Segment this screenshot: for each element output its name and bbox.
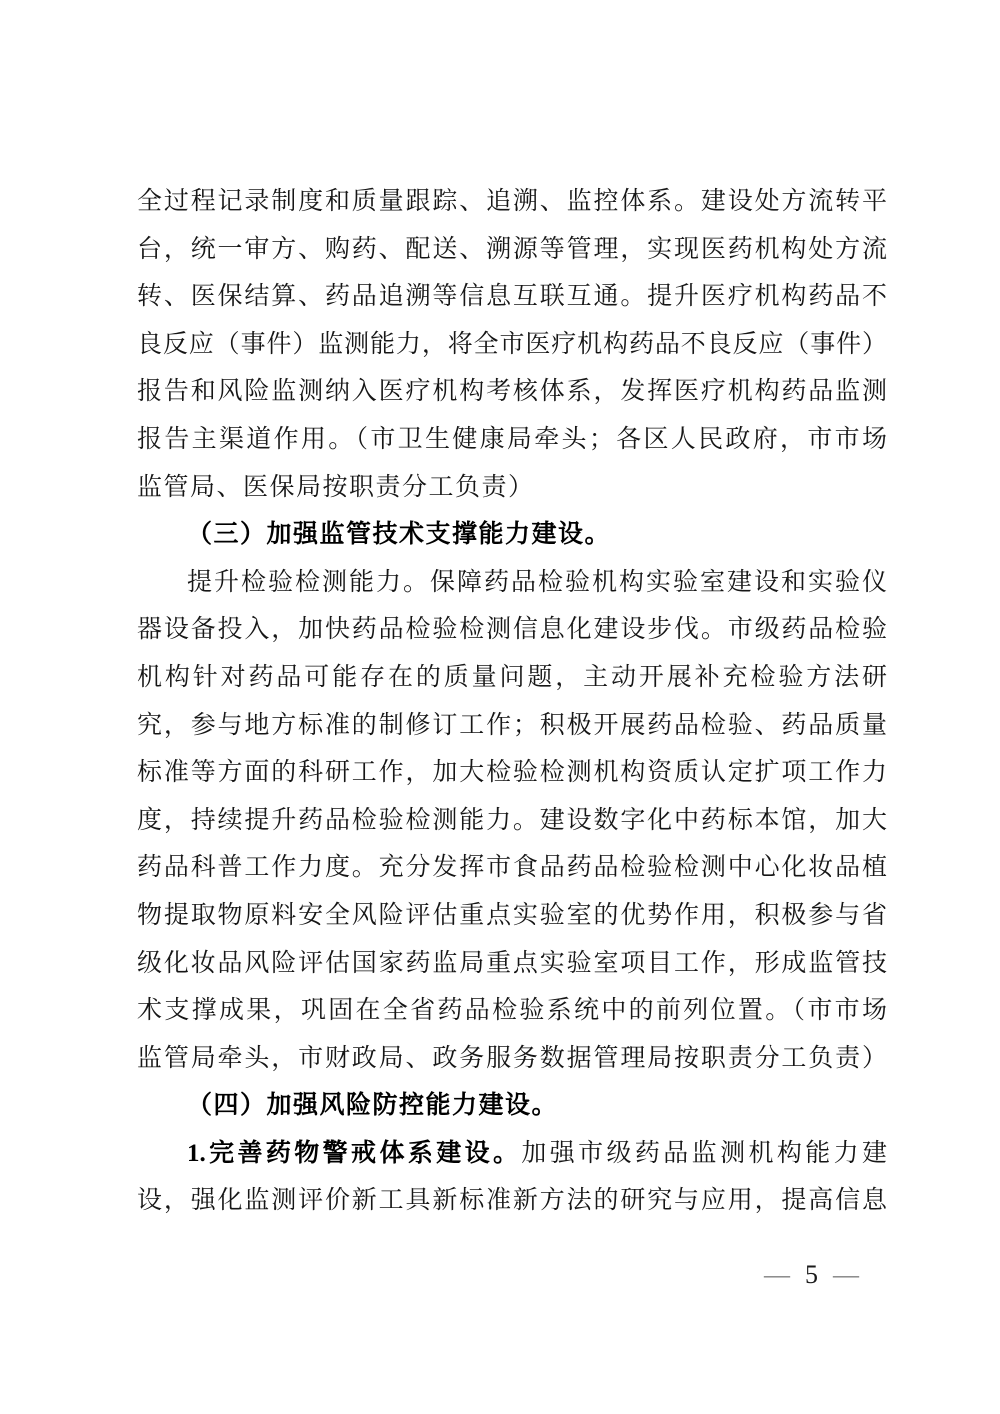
- body-line: 机构针对药品可能存在的质量问题，主动开展补充检验方法研: [137, 654, 887, 702]
- numbered-item-title: 1.完善药物警戒体系建设。: [187, 1140, 521, 1167]
- document-body: 全过程记录制度和质量跟踪、追溯、监控体系。建设处方流转平 台，统一审方、购药、配…: [137, 178, 887, 1225]
- body-line: 报告主渠道作用。（市卫生健康局牵头；各区人民政府，市市场: [137, 416, 887, 464]
- body-line: 台，统一审方、购药、配送、溯源等管理，实现医药机构处方流: [137, 226, 887, 274]
- body-line: 术支撑成果，巩固在全省药品检验系统中的前列位置。（市市场: [137, 987, 887, 1035]
- numbered-item-body: 加强市级药品监测机构能力建: [521, 1140, 887, 1167]
- body-line: 提升检验检测能力。保障药品检验机构实验室建设和实验仪: [137, 559, 887, 607]
- page-number-right-dash: —: [831, 1258, 861, 1292]
- body-line: 报告和风险监测纳入医疗机构考核体系，发挥医疗机构药品监测: [137, 368, 887, 416]
- body-line: 全过程记录制度和质量跟踪、追溯、监控体系。建设处方流转平: [137, 178, 887, 226]
- page-number: — 5 —: [762, 1258, 861, 1292]
- page-number-value: 5: [792, 1258, 831, 1292]
- body-line: 良反应（事件）监测能力，将全市医疗机构药品不良反应（事件）: [137, 321, 887, 369]
- section-heading-3: （三）加强监管技术支撑能力建设。: [137, 511, 887, 559]
- body-line: 监管局、医保局按职责分工负责）: [137, 464, 887, 512]
- body-line: 药品科普工作力度。充分发挥市食品药品检验检测中心化妆品植: [137, 844, 887, 892]
- body-line: 究，参与地方标准的制修订工作；积极开展药品检验、药品质量: [137, 702, 887, 750]
- section-heading-4: （四）加强风险防控能力建设。: [137, 1082, 887, 1130]
- body-line: 转、医保结算、药品追溯等信息互联互通。提升医疗机构药品不: [137, 273, 887, 321]
- body-line: 设，强化监测评价新工具新标准新方法的研究与应用，提高信息: [137, 1177, 887, 1225]
- body-line: 监管局牵头，市财政局、政务服务数据管理局按职责分工负责）: [137, 1035, 887, 1083]
- body-line: 度，持续提升药品检验检测能力。建设数字化中药标本馆，加大: [137, 797, 887, 845]
- body-line: 级化妆品风险评估国家药监局重点实验室项目工作，形成监管技: [137, 940, 887, 988]
- body-line: 标准等方面的科研工作，加大检验检测机构资质认定扩项工作力: [137, 749, 887, 797]
- document-page: 全过程记录制度和质量跟踪、追溯、监控体系。建设处方流转平 台，统一审方、购药、配…: [0, 0, 1000, 1414]
- body-line: 物提取物原料安全风险评估重点实验室的优势作用，积极参与省: [137, 892, 887, 940]
- page-number-left-dash: —: [762, 1258, 792, 1292]
- numbered-item-line: 1.完善药物警戒体系建设。加强市级药品监测机构能力建: [137, 1130, 887, 1178]
- body-line: 器设备投入，加快药品检验检测信息化建设步伐。市级药品检验: [137, 606, 887, 654]
